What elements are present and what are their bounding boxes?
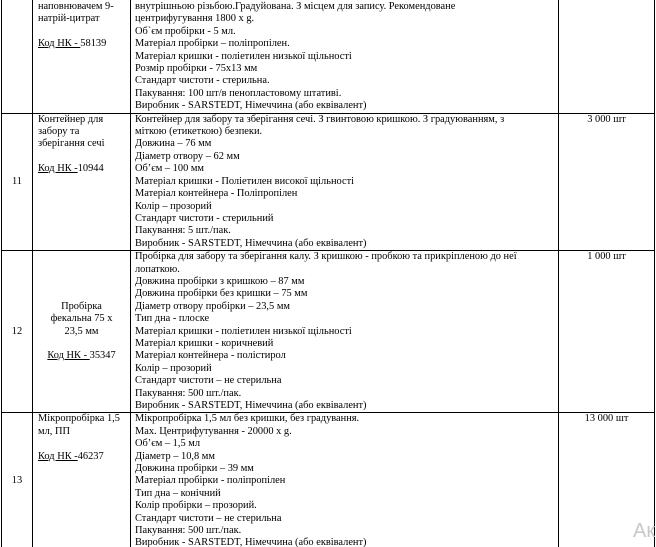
description-line: Виробник - SARSTEDT, Німеччина (або екві… (135, 238, 558, 250)
description-line: Пакування: 500 шт./пак. (135, 388, 558, 400)
item-quantity (559, 0, 655, 113)
description-line: Матеріал кришки - Поліетилен високої щіл… (135, 176, 558, 188)
description-line: Контейнер для забору та зберігання сечі.… (135, 114, 558, 126)
description-line: Мікропробірка 1,5 мл без кришки, без гра… (135, 413, 558, 425)
row-number (2, 0, 33, 113)
item-name-line: Мікропробірка 1,5 (38, 413, 130, 425)
item-description: Контейнер для забору та зберігання сечі.… (131, 113, 559, 250)
item-name-line: 23,5 мм (33, 326, 130, 338)
description-line: лопаткою. (135, 264, 558, 276)
item-description: Пробірка для забору та зберігання калу. … (131, 251, 559, 413)
item-name-line: фекальна 75 х (33, 313, 130, 325)
table-row: 11 Контейнер для забору та зберігання се… (2, 113, 655, 250)
item-name-line: наповнювачем 9- (38, 1, 130, 13)
description-line: Діаметр отвору пробірки – 23,5 мм (135, 301, 558, 313)
row-number: 13 (2, 413, 33, 547)
description-line: Max. Центрифутування - 20000 x g. (135, 426, 558, 438)
description-line: Довжина пробірки з кришкою – 87 мм (135, 276, 558, 288)
description-line: Стандарт чистоти - стерильний (135, 213, 558, 225)
item-name-cell: наповнювачем 9- натрій-цитрат Код НК - 5… (33, 0, 131, 113)
item-name-cell: Пробірка фекальна 75 х 23,5 мм Код НК - … (33, 251, 131, 413)
description-line: Об’єм – 100 мм (135, 163, 558, 175)
item-code-value: 46237 (78, 451, 104, 462)
description-line: центрифугування 1800 x g. (135, 13, 558, 25)
description-line: Колір – прозорий (135, 201, 558, 213)
description-line: Виробник - SARSTEDT, Німеччина (або екві… (135, 100, 558, 112)
description-line: міткою (етикеткою) безпеки. (135, 126, 558, 138)
specification-table: наповнювачем 9- натрій-цитрат Код НК - 5… (1, 0, 655, 547)
description-line: Довжина пробірки – 39 мм (135, 463, 558, 475)
description-line: Матеріал пробірки – поліпропілен. (135, 38, 558, 50)
description-line: Довжина – 76 мм (135, 138, 558, 150)
item-code: Код НК -10944 (38, 163, 130, 175)
description-line: Стандарт чистоти - стерильна. (135, 75, 558, 87)
item-description: Мікропробірка 1,5 мл без кришки, без гра… (131, 413, 559, 547)
item-code: Код НК - 58139 (38, 38, 130, 50)
table-row: наповнювачем 9- натрій-цитрат Код НК - 5… (2, 0, 655, 113)
item-code-label: Код НК - (47, 350, 89, 361)
description-line: Тип дна - плоске (135, 313, 558, 325)
description-line: Виробник - SARSTEDT, Німеччина (або екві… (135, 400, 558, 412)
item-code-label: Код НК - (38, 451, 78, 462)
description-line: Розмір пробірки - 75x13 мм (135, 63, 558, 75)
description-line: Матеріал контейнера - Поліпропілен (135, 188, 558, 200)
table-row: 12 Пробірка фекальна 75 х 23,5 мм Код НК… (2, 251, 655, 413)
description-line: Пакування: 100 шт/в пенопластовому штати… (135, 88, 558, 100)
description-line: Матеріал пробірки - поліпропілен (135, 475, 558, 487)
description-line: Виробник - SARSTEDT, Німеччина (або екві… (135, 537, 558, 547)
description-line: Пакування: 500 шт./пак. (135, 525, 558, 537)
table-row: 13 Мікропробірка 1,5 мл, ПП Код НК -4623… (2, 413, 655, 547)
description-line: внутрішньою різьбою.Градуйована. З місце… (135, 1, 558, 13)
item-name-line: натрій-цитрат (38, 13, 130, 25)
item-code-value: 10944 (78, 163, 104, 174)
item-name-cell: Мікропробірка 1,5 мл, ПП Код НК -46237 (33, 413, 131, 547)
description-line: Об’єм – 1,5 мл (135, 438, 558, 450)
item-code: Код НК -46237 (38, 451, 130, 463)
item-name-line: зберігання сечі (38, 138, 130, 150)
description-line: Матеріал кришки - поліетилен низької щіл… (135, 51, 558, 63)
description-line: Тип дна – конічний (135, 488, 558, 500)
description-line: Діаметр отвору – 62 мм (135, 151, 558, 163)
item-code-label: Код НК - (38, 38, 80, 49)
item-code: Код НК - 35347 (33, 350, 130, 362)
row-number: 12 (2, 251, 33, 413)
item-code-label: Код НК - (38, 163, 78, 174)
description-line: Діаметр – 10,8 мм (135, 451, 558, 463)
description-line: Пакування: 5 шт./пак. (135, 225, 558, 237)
item-description: внутрішньою різьбою.Градуйована. З місце… (131, 0, 559, 113)
description-line: Об`єм пробірки - 5 мл. (135, 26, 558, 38)
item-quantity: 3 000 шт (559, 113, 655, 250)
row-number: 11 (2, 113, 33, 250)
item-name-line: Контейнер для (38, 114, 130, 126)
description-line: Матеріал кришки - коричневий (135, 338, 558, 350)
item-name-line: забору та (38, 126, 130, 138)
description-line: Матеріал кришки - поліетилен низької щіл… (135, 326, 558, 338)
description-line: Колір – прозорий (135, 363, 558, 375)
description-line: Пробірка для забору та зберігання калу. … (135, 251, 558, 263)
description-line: Матеріал контейнера - полістирол (135, 350, 558, 362)
description-line: Стандарт чистоти – не стерильна (135, 513, 558, 525)
item-quantity: 1 000 шт (559, 251, 655, 413)
description-line: Стандарт чистоти – не стерильна (135, 375, 558, 387)
item-name-line: Пробірка (33, 301, 130, 313)
item-code-value: 58139 (80, 38, 106, 49)
description-line: Колір пробірки – прозорий. (135, 500, 558, 512)
item-name-cell: Контейнер для забору та зберігання сечі … (33, 113, 131, 250)
description-line: Довжина пробірки без кришки – 75 мм (135, 288, 558, 300)
item-name-line: мл, ПП (38, 426, 130, 438)
activation-watermark: Ак (633, 520, 655, 543)
item-code-value: 35347 (90, 350, 116, 361)
